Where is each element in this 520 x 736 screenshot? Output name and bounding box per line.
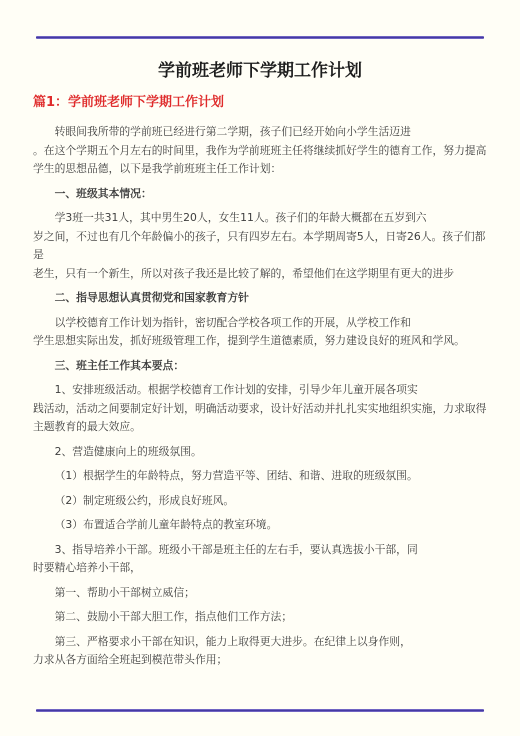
paragraph: （3）布置适合学前儿童年龄特点的教室环境。 xyxy=(33,516,487,535)
section-heading: 二、指导思想认真贯彻党和国家教育方针 xyxy=(33,289,487,308)
paragraph: （1）根据学生的年龄特点，努力营造平等、团结、和谐、进取的班级氛围。 xyxy=(33,467,487,486)
paragraph: （2）制定班级公约，形成良好班风。 xyxy=(33,492,487,511)
section-heading: 一、班级其本情况： xyxy=(33,185,487,204)
paragraph: 第三、严格要求小干部在知识，能力上取得更大进步。在纪律上以身作则， 力求从各方面… xyxy=(33,633,487,670)
document-page: 学前班老师下学期工作计划 篇1：学前班老师下学期工作计划 转眼间我所带的学前班已… xyxy=(0,0,520,736)
paragraph: 以学校德育工作计划为指针，密切配合学校各项工作的开展，从学校工作和 学生思想实际… xyxy=(33,314,487,351)
paragraph: 1、安排班级活动。根据学校德育工作计划的安排，引导少年儿童开展各项实 践活动，活… xyxy=(33,381,487,437)
paragraph: 2、营造健康向上的班级氛围。 xyxy=(33,443,487,462)
section-heading: 三、班主任工作其本要点： xyxy=(33,357,487,376)
paragraph: 学3班一共31人，其中男生20人，女生11人。孩子们的年龄大概都在五岁到六 岁之… xyxy=(33,209,487,283)
bottom-divider-rule xyxy=(36,709,484,712)
paragraph: 第二、鼓励小干部大胆工作，指点他们工作方法； xyxy=(33,608,487,627)
paragraph: 第一、帮助小干部树立威信； xyxy=(33,584,487,603)
paragraph: 转眼间我所带的学前班已经进行第二学期，孩子们已经开始向小学生活迈进 。在这个学期… xyxy=(33,123,487,179)
page-title: 学前班老师下学期工作计划 xyxy=(33,59,487,83)
paragraph: 3、指导培养小干部。班级小干部是班主任的左右手，要认真选拔小干部，同 时要精心培… xyxy=(33,541,487,578)
document-content: 学前班老师下学期工作计划 篇1：学前班老师下学期工作计划 转眼间我所带的学前班已… xyxy=(33,39,487,676)
article-heading: 篇1：学前班老师下学期工作计划 xyxy=(33,95,487,110)
